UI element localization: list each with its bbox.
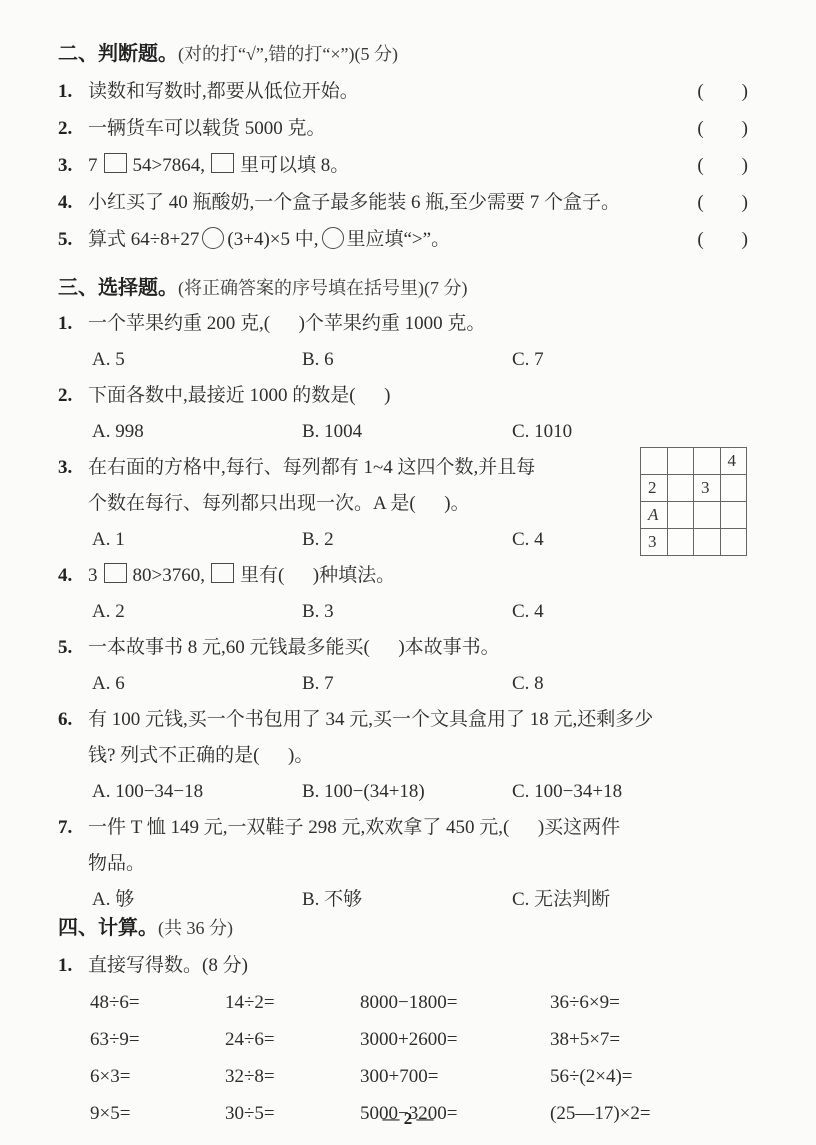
calc-expression: 3000+2600= [360,1021,550,1058]
answer-bracket: ( ) [697,110,748,147]
grid-cell [721,475,748,502]
choice-options-2: A. 998 B. 1004 C. 1010 [92,414,748,450]
option-c: C. 8 [512,666,748,702]
grid-cell [668,502,695,529]
grid-cell [668,529,695,556]
grid-cell [694,529,721,556]
judgment-note: (对的打“√”,错的打“×”)(5 分) [178,44,398,64]
option-a: A. 100−34−18 [92,774,302,810]
section-judgment: 二、判断题。(对的打“√”,错的打“×”)(5 分) 1.读数和写数时,都要从低… [58,36,748,258]
question-number: 5. [58,630,88,666]
answer-bracket: ( ) [697,73,748,110]
question-text: 一个苹果约重 200 克,( )个苹果约重 1000 克。 [88,313,485,334]
question-text: 算式 64÷8+27 [88,229,199,250]
calc-expression: 38+5×7= [550,1021,748,1058]
option-c: C. 100−34+18 [512,774,748,810]
option-b: B. 1004 [302,414,512,450]
grid-cell [668,475,695,502]
calc-expression: 32÷8= [225,1058,360,1095]
blank-box [211,563,234,583]
calc-expression: 14÷2= [225,984,360,1021]
choice-options-4: A. 2 B. 3 C. 4 [92,594,748,630]
option-c: C. 1010 [512,414,748,450]
question-number: 5. [58,221,88,258]
judgment-item-4: 4.小红买了 40 瓶酸奶,一个盒子最多能装 6 瓶,至少需要 7 个盒子。 (… [58,184,748,221]
option-b: B. 不够 [302,882,512,918]
choice-title: 三、选择题。 [58,277,178,299]
question-text: 有 100 元钱,买一个书包用了 34 元,买一个文具盒用了 18 元,还剩多少 [88,709,653,730]
calc-expression: 48÷6= [90,984,225,1021]
question-text: 一辆货车可以载货 5000 克。 [88,118,326,139]
choice-note: (将正确答案的序号填在括号里)(7 分) [178,278,467,298]
answer-bracket: ( ) [697,184,748,221]
judgment-title: 二、判断题。 [58,43,178,65]
section-calc: 四、计算。(共 36 分) 1.直接写得数。(8 分) 48÷6= 14÷2= … [58,910,748,1132]
judgment-item-2: 2.一辆货车可以载货 5000 克。 ( ) [58,110,748,147]
question-text: 下面各数中,最接近 1000 的数是( ) [88,385,390,406]
choice-question-5: 5.一本故事书 8 元,60 元钱最多能买( )本故事书。 [58,630,748,666]
question-text: 读数和写数时,都要从低位开始。 [88,81,359,102]
calc-row-1: 48÷6= 14÷2= 8000−1800= 36÷6×9= [90,984,748,1021]
calc-row-2: 63÷9= 24÷6= 3000+2600= 38+5×7= [90,1021,748,1058]
grid-cell [721,502,748,529]
option-c: C. 无法判断 [512,882,748,918]
question-number: 2. [58,378,88,414]
choice-question-6-line-2: 钱? 列式不正确的是( )。 [58,738,748,774]
worksheet-page: 二、判断题。(对的打“√”,错的打“×”)(5 分) 1.读数和写数时,都要从低… [0,0,816,1145]
calc-title: 四、计算。 [58,917,158,939]
calc-expression: 56÷(2×4)= [550,1058,748,1095]
question-text: 小红买了 40 瓶酸奶,一个盒子最多能装 6 瓶,至少需要 7 个盒子。 [88,192,620,213]
question-number: 3. [58,450,88,486]
question-number: 7. [58,810,88,846]
question-text: 里有( )种填法。 [240,565,395,586]
option-b: B. 2 [302,522,512,558]
judgment-item-5: 5.算式 64÷8+27(3+4)×5 中,里应填“>”。 ( ) [58,221,748,258]
calc-expression: 24÷6= [225,1021,360,1058]
answer-bracket: ( ) [697,147,748,184]
judgment-item-1: 1.读数和写数时,都要从低位开始。 ( ) [58,73,748,110]
grid-cell: 3 [694,475,721,502]
sub-question-number: 1. [58,947,88,984]
question-number: 1. [58,306,88,342]
question-text: 个数在每行、每列都只出现一次。A 是( )。 [88,493,470,514]
choice-question-6-line-1: 6.有 100 元钱,买一个书包用了 34 元,买一个文具盒用了 18 元,还剩… [58,702,748,738]
question-text: 里可以填 8。 [240,155,349,176]
blank-box [104,153,127,173]
question-number: 6. [58,702,88,738]
question-text: (3+4)×5 中, [227,229,318,250]
sub-question-text: 直接写得数。(8 分) [88,955,248,976]
choice-options-6: A. 100−34−18 B. 100−(34+18) C. 100−34+18 [92,774,748,810]
option-a: A. 1 [92,522,302,558]
calc-subheading: 1.直接写得数。(8 分) [58,947,748,984]
option-b: B. 6 [302,342,512,378]
question-text: 3 [88,565,98,586]
option-c: C. 4 [512,594,748,630]
grid-cell-a: A [641,502,668,529]
answer-bracket: ( ) [697,221,748,258]
option-b: B. 3 [302,594,512,630]
question-number: 4. [58,184,88,221]
grid-cell [641,448,668,475]
page-number: — 2 — [0,1109,816,1129]
blank-box [104,563,127,583]
choice-question-1: 1.一个苹果约重 200 克,( )个苹果约重 1000 克。 [58,306,748,342]
question-number: 3. [58,147,88,184]
question-text: 54>7864, [133,155,205,176]
option-b: B. 100−(34+18) [302,774,512,810]
number-puzzle-grid: 4 2 3 A 3 [640,447,747,556]
question-text: 一本故事书 8 元,60 元钱最多能买( )本故事书。 [88,637,500,658]
choice-question-7-line-2: 物品。 [58,846,748,882]
option-a: A. 2 [92,594,302,630]
question-text: 在右面的方格中,每行、每列都有 1~4 这四个数,并且每 [88,457,535,478]
choice-question-7-line-1: 7.一件 T 恤 149 元,一双鞋子 298 元,欢欢拿了 450 元,( )… [58,810,748,846]
question-text: 一件 T 恤 149 元,一双鞋子 298 元,欢欢拿了 450 元,( )买这… [88,817,620,838]
blank-box [211,153,234,173]
choice-question-2: 2.下面各数中,最接近 1000 的数是( ) [58,378,748,414]
grid-cell [694,502,721,529]
choice-options-1: A. 5 B. 6 C. 7 [92,342,748,378]
calc-expression: 36÷6×9= [550,984,748,1021]
question-text: 7 [88,155,98,176]
grid-cell: 3 [641,529,668,556]
question-text: 物品。 [88,853,145,874]
choice-question-4: 4.380>3760,里有( )种填法。 [58,558,748,594]
judgment-heading: 二、判断题。(对的打“√”,错的打“×”)(5 分) [58,36,748,73]
grid-cell: 4 [721,448,748,475]
option-a: A. 5 [92,342,302,378]
blank-circle [322,227,344,249]
option-a: A. 998 [92,414,302,450]
grid-cell [694,448,721,475]
calc-expression: 8000−1800= [360,984,550,1021]
blank-circle [202,227,224,249]
question-text: 里应填“>”。 [347,229,451,250]
option-c: C. 7 [512,342,748,378]
judgment-item-3: 3.754>7864,里可以填 8。 ( ) [58,147,748,184]
grid-cell [721,529,748,556]
question-number: 4. [58,558,88,594]
choice-options-5: A. 6 B. 7 C. 8 [92,666,748,702]
question-text: 80>3760, [133,565,205,586]
calc-expression: 63÷9= [90,1021,225,1058]
grid-cell: 2 [641,475,668,502]
option-b: B. 7 [302,666,512,702]
calc-row-3: 6×3= 32÷8= 300+700= 56÷(2×4)= [90,1058,748,1095]
choice-heading: 三、选择题。(将正确答案的序号填在括号里)(7 分) [58,270,748,306]
calc-note: (共 36 分) [158,918,233,938]
question-number: 2. [58,110,88,147]
grid-cell [668,448,695,475]
calc-expression: 300+700= [360,1058,550,1095]
calc-expression: 6×3= [90,1058,225,1095]
option-a: A. 6 [92,666,302,702]
question-number: 1. [58,73,88,110]
question-text: 钱? 列式不正确的是( )。 [88,745,313,766]
section-choice: 三、选择题。(将正确答案的序号填在括号里)(7 分) 1.一个苹果约重 200 … [58,270,748,918]
